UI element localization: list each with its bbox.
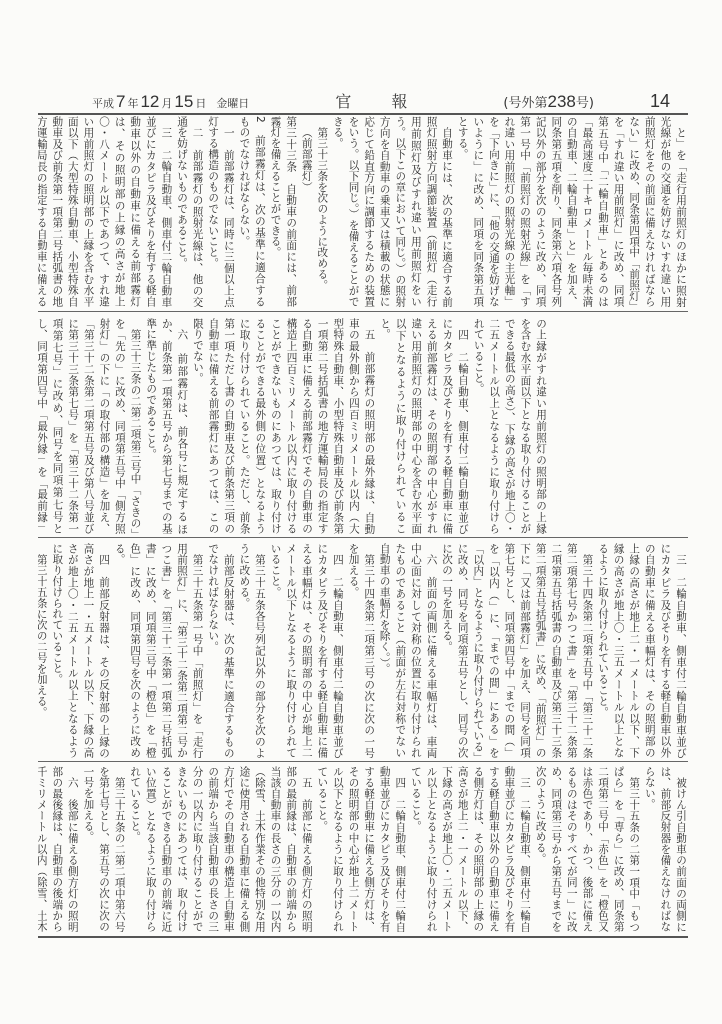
paragraph: 四 二輪自動車、側車付二輪自動車並びにカタピラ及びそりを有する軽自動車に備える前… <box>376 318 470 534</box>
paragraph: 六 前面の両側に備える車幅灯は、車両中心面に対して対称の位置に取り付けられたもの… <box>376 543 438 758</box>
paragraph: 第三十四条第二項第三号の次に次の一号を加える。 <box>345 543 376 758</box>
text-tier-3: 三 二輪自動車、側車付二輪自動車並びにカタピラ及びそりを有する軽自動車以外の自動… <box>38 543 688 758</box>
paragraph: 四 二輪自動車、側車付二輪自動車並びにカタピラ及びそりを有する軽自動車に備える車… <box>267 543 345 758</box>
paragraph: 五 前部霧灯の照明部の最外縁は、自動車の最外側から四百ミリメートル以内（大型特殊… <box>189 318 376 534</box>
paragraph: 第三十三条を次のように改める。 <box>314 116 330 307</box>
year-unit: 年 <box>127 95 138 111</box>
issue-number: (号外第238号) <box>503 92 594 112</box>
paragraph: 第三十五条の二第二項中第六号を第七号とし、第五号の次に次の一号を加える。 <box>80 766 127 932</box>
text-tier-1: と」を「走行用前照灯のほかに照射光線が他の交通を妨げないすれ違い用前照灯をその前… <box>38 116 688 307</box>
issue-date: 平成 7 年 12 月 15 日 金曜日 <box>92 92 249 112</box>
month: 12 <box>140 92 159 112</box>
month-unit: 月 <box>161 95 172 111</box>
paragraph: 第三十五条第一号中「前照灯」を「走行用前照灯」に、「第三十二条第二項第二号かつこ… <box>111 543 205 758</box>
paragraph: 自動車には、次の基準に適合する前照灯照射方向調節装置（前照灯（走行用前照灯及びす… <box>329 116 454 307</box>
weekday: 金曜日 <box>216 95 249 111</box>
paragraph: 六 後部に備える側方灯の照明部の最後縁は、自動車の後端から千ミリメートル以内（除… <box>38 766 80 932</box>
paragraph: 三 二輪自動車、側車付二輪自動車並びにカタピラ及びそりを有する軽自動車以外の自動… <box>407 766 532 932</box>
paragraph: 三 二輪自動車、側車付二輪自動車並びにカタピラ及びそりを有する軽自動車以外の自動… <box>594 543 688 758</box>
paragraph: 第三十五条の二第一項中「もつぱら」を「専ら」に改め、同条第二項第二号中「赤色」を… <box>532 766 641 932</box>
paragraph: の上縁がすれ違い用前照灯の照明部の上縁を含む水平面以下となる取り付けることができ… <box>470 318 548 534</box>
tier-divider-3 <box>38 761 688 762</box>
paragraph: 第三十三条の二第二項第三号中「さきの」を「先の」に改め、同項第五号中「側方照射灯… <box>38 318 143 534</box>
year: 7 <box>116 92 125 112</box>
title-char-2: 報 <box>391 89 407 112</box>
tier-divider-1 <box>38 311 688 312</box>
issue-prefix: (号外第 <box>503 96 547 111</box>
paragraph: 二 前部霧灯の照射光線は、他の交通を妨げないものであること。 <box>173 116 204 307</box>
paragraph: 三 二輪自動車、側車付二輪自動車並びにカタピラ及びそりを有する軽自動車以外の自動… <box>38 116 173 307</box>
title-char-1: 官 <box>335 89 351 112</box>
issue-suffix: 号) <box>576 96 594 111</box>
issue-num: 238 <box>547 92 575 111</box>
paragraph: 2 前部霧灯は、次の基準に適合するものでなければならない。 <box>236 116 267 307</box>
page-number: 14 <box>650 91 670 112</box>
paragraph: と」を「走行用前照灯のほかに照射光線が他の交通を妨げないすれ違い用前照灯をその前… <box>454 116 688 307</box>
paragraph: 一 前部霧灯は、同時に三個以上点灯する構造のものでないこと。 <box>205 116 236 307</box>
paragraph: 被けん引自動車の前面の両側には、前部反射器を備えなければならない。 <box>641 766 688 932</box>
day-unit: 日 <box>195 95 206 111</box>
paragraph: 前部反射器は、次の基準に適合するものでなければならない。 <box>205 543 236 758</box>
paragraph: 五 前部に備える側方灯の照明部の最前縁は、自動車の前端から当該自動車の長さの三分… <box>127 766 314 932</box>
paragraph: 四 二輪自動車、側車付二輪自動車並びにカタピラ及びそりを有する軽自動車に備える側… <box>314 766 408 932</box>
gazette-title: 官 報 <box>335 89 407 112</box>
day: 15 <box>174 92 193 112</box>
text-tier-4: 被けん引自動車の前面の両側には、前部反射器を備えなければならない。 第三十五条の… <box>38 766 688 932</box>
paragraph: 四 前部反射器は、その反射部の上縁の高さが地上一・五メートル以下、下縁の高さが地… <box>49 543 111 758</box>
paragraph: 第三十五条に次の二号を加える。 <box>38 543 49 758</box>
text-tier-2: の上縁がすれ違い用前照灯の照明部の上縁を含む水平面以下となる取り付けることができ… <box>38 318 548 534</box>
paragraph: 第三十五条各号列記以外の部分を次のように改める。 <box>236 543 267 758</box>
footer-rule <box>38 936 688 938</box>
paragraph: 六 前部霧灯は、前各号に規定するほか、前条第一項第五号から第七号までの基準に準じ… <box>143 318 190 534</box>
gazette-header: 平成 7 年 12 月 15 日 金曜日 官 報 (号外第238号) 14 <box>92 86 670 112</box>
header-rule <box>38 113 688 115</box>
era: 平成 <box>92 95 114 111</box>
paragraph: 第三十三条 自動車の前面には、前部霧灯を備えることができる。 <box>267 116 298 307</box>
paragraph: （前部霧灯） <box>298 116 314 307</box>
paragraph: 第三十四条第二項第五号中「第三十二条第二項第七号かつこ書」を「第三十二条第二項第… <box>439 543 595 758</box>
tier-divider-2 <box>38 537 688 538</box>
